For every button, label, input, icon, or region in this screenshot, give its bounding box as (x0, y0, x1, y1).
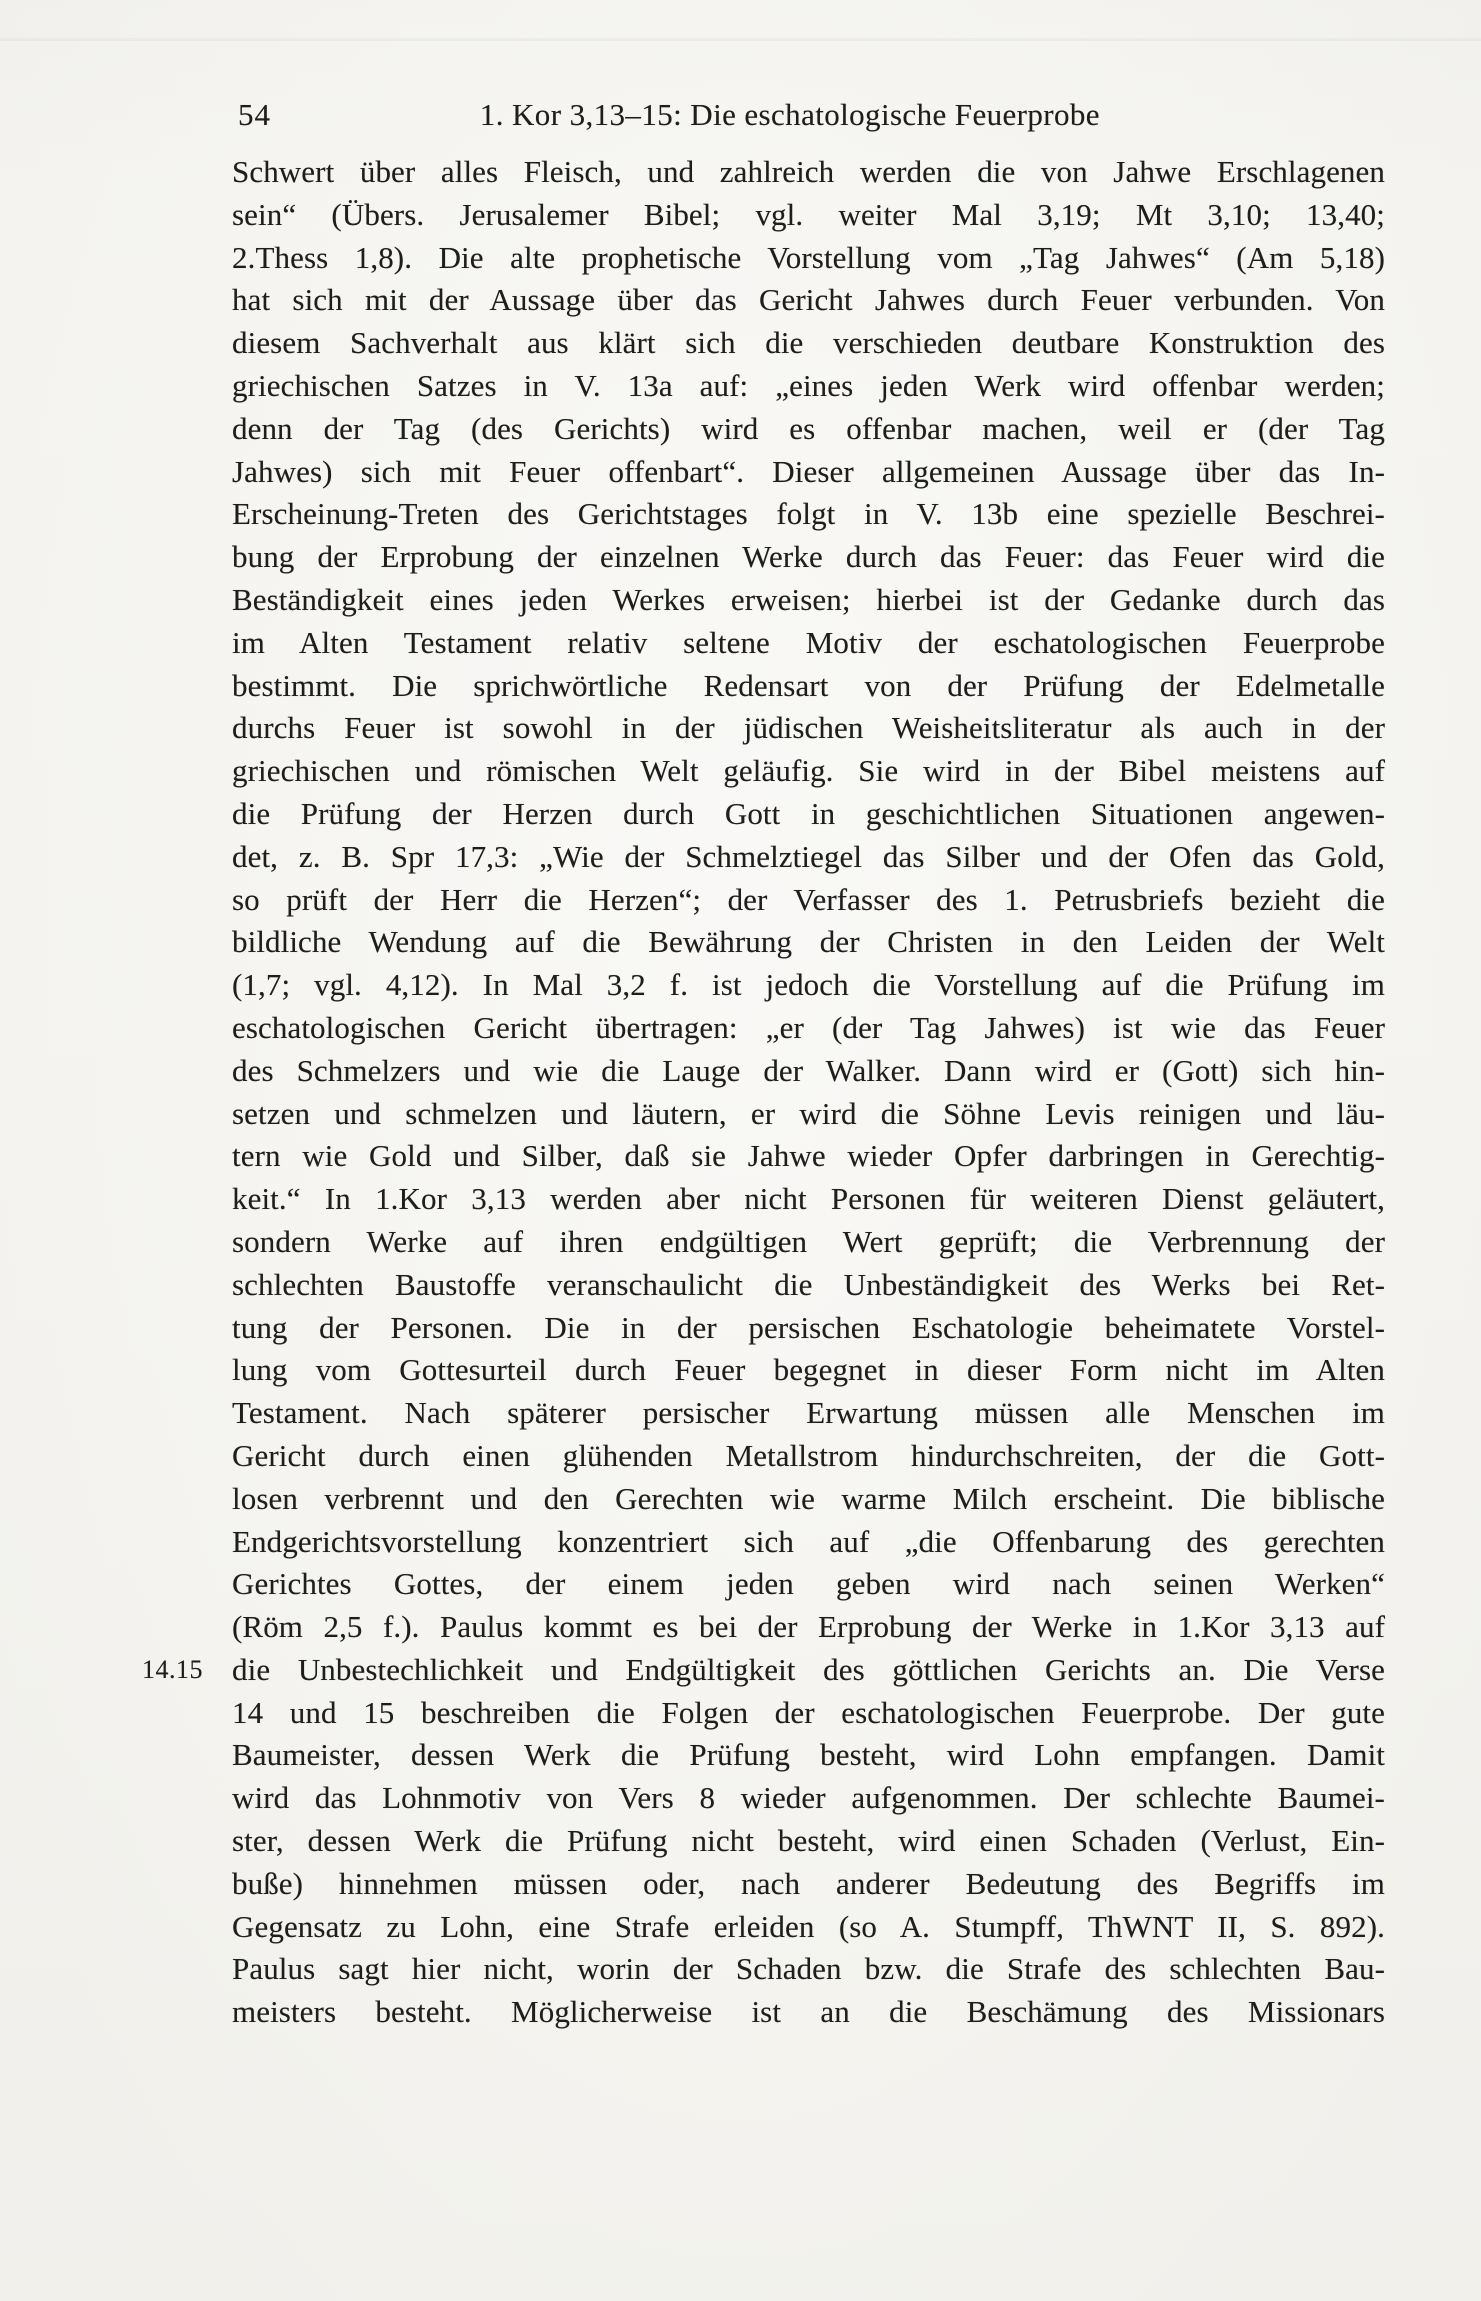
text-line: keit.“ In 1.Kor 3,13 werden aber nicht P… (232, 1178, 1385, 1221)
text-line: Jahwes) sich mit Feuer offenbart“. Diese… (232, 451, 1385, 494)
page-header: 54 1. Kor 3,13–15: Die eschatologische F… (232, 94, 1385, 136)
text-line: buße) hinnehmen müssen oder, nach andere… (232, 1863, 1385, 1906)
book-page: 54 1. Kor 3,13–15: Die eschatologische F… (0, 0, 1481, 2301)
text-line: durchs Feuer ist sowohl in der jüdischen… (232, 707, 1385, 750)
text-line: meisters besteht. Möglicherweise ist an … (232, 1991, 1385, 2034)
text-line: Gerichtes Gottes, der einem jeden geben … (232, 1563, 1385, 1606)
body-text: Schwert über alles Fleisch, und zahlreic… (232, 151, 1385, 2034)
text-line: denn der Tag (des Gerichts) wird es offe… (232, 408, 1385, 451)
text-line: Gericht durch einen glühenden Metallstro… (232, 1435, 1385, 1478)
text-line: im Alten Testament relativ seltene Motiv… (232, 622, 1385, 665)
text-line: 2.Thess 1,8). Die alte prophetische Vors… (232, 237, 1385, 280)
text-line: griechischen Satzes in V. 13a auf: „eine… (232, 365, 1385, 408)
text-line: tern wie Gold und Silber, daß sie Jahwe … (232, 1135, 1385, 1178)
text-line: losen verbrennt und den Gerechten wie wa… (232, 1478, 1385, 1521)
text-line: 14 und 15 beschreiben die Folgen der esc… (232, 1692, 1385, 1735)
text-line: (Röm 2,5 f.). Paulus kommt es bei der Er… (232, 1606, 1385, 1649)
text-line: Paulus sagt hier nicht, worin der Schade… (232, 1948, 1385, 1991)
text-line: bung der Erprobung der einzelnen Werke d… (232, 536, 1385, 579)
text-line: hat sich mit der Aussage über das Gerich… (232, 279, 1385, 322)
text-line: schlechten Baustoffe veranschaulicht die… (232, 1264, 1385, 1307)
text-line: Erscheinung-Treten des Gerichtstages fol… (232, 493, 1385, 536)
text-line: griechischen und römischen Welt geläufig… (232, 750, 1385, 793)
text-line: Endgerichtsvorstellung konzentriert sich… (232, 1521, 1385, 1564)
text-line: wird das Lohnmotiv von Vers 8 wieder auf… (232, 1777, 1385, 1820)
text-line: Beständigkeit eines jeden Werkes erweise… (232, 579, 1385, 622)
text-line: lung vom Gottesurteil durch Feuer begegn… (232, 1349, 1385, 1392)
text-line: bildliche Wendung auf die Bewährung der … (232, 921, 1385, 964)
text-line: (1,7; vgl. 4,12). In Mal 3,2 f. ist jedo… (232, 964, 1385, 1007)
text-line: die Prüfung der Herzen durch Gott in ges… (232, 793, 1385, 836)
running-header: 1. Kor 3,13–15: Die eschatologische Feue… (480, 94, 1100, 136)
text-line: setzen und schmelzen und läutern, er wir… (232, 1093, 1385, 1136)
text-line: Gegensatz zu Lohn, eine Strafe erleiden … (232, 1906, 1385, 1949)
scan-artifact-line (0, 38, 1481, 41)
text-line: det, z. B. Spr 17,3: „Wie der Schmelztie… (232, 836, 1385, 879)
text-line: Baumeister, dessen Werk die Prüfung best… (232, 1734, 1385, 1777)
text-line: Schwert über alles Fleisch, und zahlreic… (232, 151, 1385, 194)
text-line: so prüft der Herr die Herzen“; der Verfa… (232, 879, 1385, 922)
text-line: tung der Personen. Die in der persischen… (232, 1307, 1385, 1350)
text-line: ster, dessen Werk die Prüfung nicht best… (232, 1820, 1385, 1863)
text-line: sein“ (Übers. Jerusalemer Bibel; vgl. we… (232, 194, 1385, 237)
text-line: Testament. Nach späterer persischer Erwa… (232, 1392, 1385, 1435)
text-line: des Schmelzers und wie die Lauge der Wal… (232, 1050, 1385, 1093)
text-line: eschatologischen Gericht übertragen: „er… (232, 1007, 1385, 1050)
text-line: sondern Werke auf ihren endgültigen Wert… (232, 1221, 1385, 1264)
text-line: diesem Sachverhalt aus klärt sich die ve… (232, 322, 1385, 365)
page-number: 54 (238, 94, 271, 136)
text-line: bestimmt. Die sprichwörtliche Redensart … (232, 665, 1385, 708)
text-line: 14.15die Unbestechlichkeit und Endgültig… (232, 1649, 1385, 1692)
margin-verse-note: 14.15 (142, 1649, 226, 1692)
